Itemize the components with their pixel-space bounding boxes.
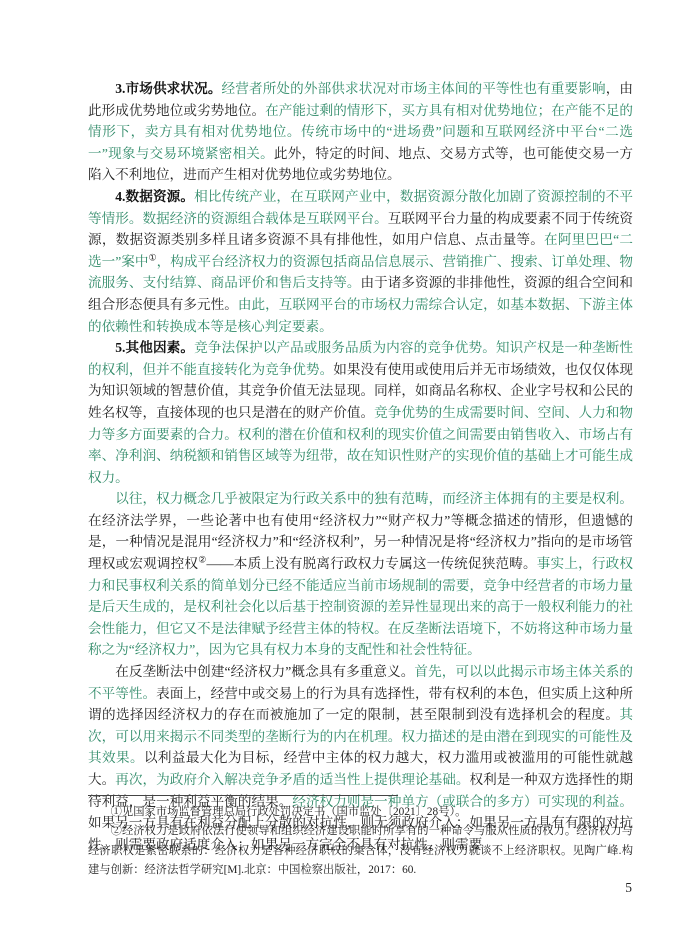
text-run: 表面上，经营中或交易上的行为具有选择性，带有权利的本色，但实质上这种所谓的选择因… <box>88 686 633 723</box>
text-run: ——本质上没有脱离行政权力专属这一传统促狭范畴。 <box>206 556 536 571</box>
text-run: 在反垄断法中创建“经济权力”概念具有多重意义。 <box>115 664 414 679</box>
text-run: ①见国家市场监督管理总局行政处罚决定书（国市监处〔2021〕28号）。 <box>111 806 467 818</box>
paragraph-data-resources: 4.数据资源。相比传统产业，在互联网产业中，数据资源分散化加剧了资源控制的不平等… <box>88 186 633 337</box>
text-run: 3.市场供求状况。 <box>115 81 221 96</box>
paragraph-market-supply-demand: 3.市场供求状况。经营者所处的外部供求状况对市场主体间的平等性也有重要影响，由此… <box>88 78 633 186</box>
text-run: 以往，权力概念几乎被限定为行政关系中的独有范畴，而经济主体拥有的主要是权利。 <box>115 491 633 506</box>
footnote-2: ②经济权力是政府依法行使领导和组织经济建设职能时所享有的一种命令与服从性质的权力… <box>88 822 633 880</box>
text-run: 再次，为政府介入解决竞争矛盾的适当性上提供理论基础。 <box>115 772 469 787</box>
paragraph-economic-power-concept: 以往，权力概念几乎被限定为行政关系中的独有范畴，而经济主体拥有的主要是权利。在经… <box>88 488 633 661</box>
text-run: ②经济权力是政府依法行使领导和组织经济建设职能时所享有的一种命令与服从性质的权力… <box>88 825 633 876</box>
page-number: 5 <box>625 880 632 896</box>
body-text: 3.市场供求状况。经营者所处的外部供求状况对市场主体间的平等性也有重要影响，由此… <box>88 78 633 855</box>
footnote-marker: ① <box>149 252 157 262</box>
text-run: 经营者所处的外部供求状况对市场主体间的平等性也有重要影响 <box>222 81 606 96</box>
text-run: 事实上，行政权力和民事权利关系的简单划分已经不能适应当前市场规制的需要，竞争中经… <box>88 556 633 657</box>
text-run: 5.其他因素。 <box>115 340 194 355</box>
footnote-section: ①见国家市场监督管理总局行政处罚决定书（国市监处〔2021〕28号）。 ②经济权… <box>88 795 633 881</box>
paragraph-other-factors: 5.其他因素。竞争法保护以产品或服务品质为内容的竞争优势。知识产权是一种垄断性的… <box>88 337 633 488</box>
footnote-divider <box>88 795 398 796</box>
footnote-1: ①见国家市场监督管理总局行政处罚决定书（国市监处〔2021〕28号）。 <box>88 803 633 822</box>
text-run: 4.数据资源。 <box>115 189 194 204</box>
book-page: 3.市场供求状况。经营者所处的外部供求状况对市场主体间的平等性也有重要影响，由此… <box>0 0 700 943</box>
